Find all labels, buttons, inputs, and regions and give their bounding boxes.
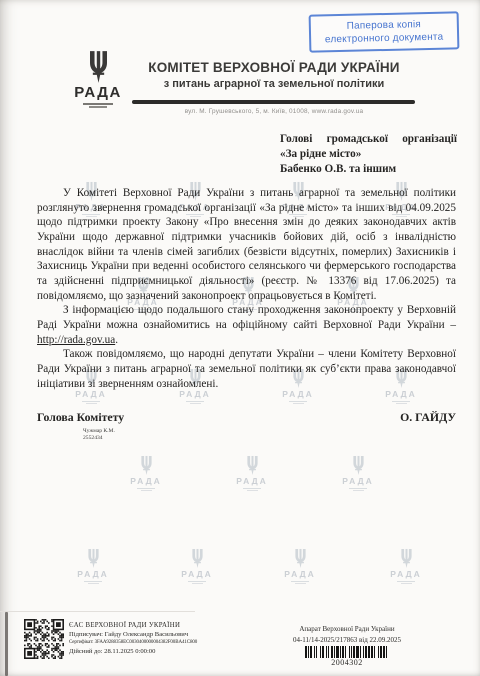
watermark-subline — [392, 401, 410, 402]
watermark-subline — [137, 488, 155, 489]
watermark-subline — [190, 403, 201, 404]
signer-name: О. ГАЙДУ — [400, 410, 456, 425]
recipient-line3: Бабенко О.В. та іншим — [280, 162, 457, 177]
committee-title: КОМІТЕТ ВЕРХОВНОЇ РАДИ УКРАЇНИ — [138, 59, 410, 76]
rada-logo: РАДА — [70, 50, 126, 108]
certificate-line: Сертифікат: 3FAA9288358EC003040000000438… — [69, 639, 249, 647]
watermark-subline — [401, 583, 412, 584]
paragraph-2: З інформацією щодо подальшого стану прох… — [37, 303, 456, 347]
executor-name: Чужмар К.М. — [83, 428, 115, 435]
rada-watermark: РАДА — [323, 455, 393, 491]
signer-line: Підписувач: Гайду Олександр Васильович — [69, 630, 249, 639]
paragraph-3: Також повідомляємо, що народні депутати … — [37, 347, 456, 391]
valid-until-line: Дійсний до: 28.11.2025 0:00:00 — [69, 647, 249, 656]
registration-number: 04-11/14-2025/217863 від 22.09.2025 — [252, 635, 442, 645]
rada-watermark: РАДА — [58, 548, 128, 584]
logo-subtext-line — [89, 106, 107, 108]
watermark-subline — [186, 401, 204, 402]
watermark-subline — [397, 581, 415, 582]
watermark-subline — [293, 403, 304, 404]
rada-website-link: http://rada.gov.ua — [37, 334, 115, 346]
paragraph-2-text: З інформацією щодо подальшого стану прох… — [37, 304, 456, 331]
executor-block: Чужмар К.М. 2552434 — [83, 428, 115, 442]
executor-phone: 2552434 — [83, 435, 115, 442]
trident-watermark-icon — [293, 548, 308, 569]
trident-watermark-icon — [399, 548, 414, 569]
watermark-label: РАДА — [58, 570, 128, 579]
paragraph-1: У Комітеті Верховної Ради України з пита… — [37, 186, 456, 303]
trident-watermark-icon — [351, 455, 366, 476]
paper-copy-stamp: Паперова копія електронного документа — [309, 11, 460, 52]
watermark-subline — [289, 401, 307, 402]
rada-watermark: РАДА — [265, 548, 335, 584]
watermark-subline — [141, 490, 152, 491]
scanned-document-page: РАДАРАДАРАДАРАДАРАДАРАДАРАДАРАДАРАДАРАДА… — [0, 0, 480, 676]
watermark-label: РАДА — [162, 570, 232, 579]
recipient-line1: Голові громадської організації — [280, 132, 457, 147]
rada-watermark: РАДА — [371, 548, 441, 584]
watermark-subline — [247, 490, 258, 491]
watermark-subline — [84, 581, 102, 582]
paragraph-2-period: . — [115, 334, 118, 346]
watermark-subline — [192, 583, 203, 584]
trident-watermark-icon — [86, 548, 101, 569]
watermark-label: РАДА — [263, 390, 333, 399]
header-divider — [132, 100, 415, 104]
signer-title: Голова Комітету — [37, 410, 124, 425]
watermark-subline — [188, 581, 206, 582]
watermark-subline — [396, 403, 407, 404]
office-name: Апарат Верховної Ради України — [252, 625, 442, 635]
watermark-label: РАДА — [371, 570, 441, 579]
registration-block: Апарат Верховної Ради України 04-11/14-2… — [252, 625, 442, 668]
scan-crease-line — [0, 611, 195, 612]
trident-icon — [86, 50, 111, 84]
watermark-label: РАДА — [111, 477, 181, 486]
watermark-label: РАДА — [160, 390, 230, 399]
letter-body: У Комітеті Верховної Ради України з пита… — [37, 186, 456, 391]
qr-code-icon — [24, 619, 64, 659]
letterhead: КОМІТЕТ ВЕРХОВНОЇ РАДИ УКРАЇНИ з питань … — [138, 59, 410, 91]
trident-watermark-icon — [190, 548, 205, 569]
recipient-line2: «За рідне місто» — [280, 147, 457, 162]
signature-certificate-block: ЄАС ВЕРХОВНОЇ РАДИ УКРАЇНИ Підписувач: Г… — [69, 621, 249, 656]
trident-watermark-icon — [139, 455, 154, 476]
committee-address: вул. М. Грушевського, 5, м. Київ, 01008,… — [134, 108, 414, 115]
watermark-subline — [82, 401, 100, 402]
signature-row: Голова Комітету О. ГАЙДУ — [37, 410, 456, 425]
rada-watermark: РАДА — [217, 455, 287, 491]
watermark-label: РАДА — [366, 390, 436, 399]
watermark-subline — [353, 490, 364, 491]
committee-subtitle: з питань аграрної та земельної політики — [138, 77, 410, 91]
watermark-subline — [291, 581, 309, 582]
watermark-subline — [243, 488, 261, 489]
watermark-label: РАДА — [323, 477, 393, 486]
watermark-subline — [349, 488, 367, 489]
rada-watermark: РАДА — [111, 455, 181, 491]
watermark-subline — [295, 583, 306, 584]
rada-watermark: РАДА — [162, 548, 232, 584]
watermark-label: РАДА — [217, 477, 287, 486]
eas-title: ЄАС ВЕРХОВНОЇ РАДИ УКРАЇНИ — [69, 621, 249, 630]
stamp-line2: електронного документа — [325, 31, 444, 47]
watermark-subline — [86, 403, 97, 404]
watermark-subline — [88, 583, 99, 584]
logo-subtext-line — [83, 103, 113, 105]
scan-edge-artifact — [5, 612, 8, 676]
recipient-block: Голові громадської організації «За рідне… — [280, 132, 457, 177]
barcode-icon — [252, 646, 442, 658]
barcode-number: 2004302 — [252, 658, 442, 668]
trident-watermark-icon — [245, 455, 260, 476]
watermark-label: РАДА — [265, 570, 335, 579]
watermark-label: РАДА — [56, 390, 126, 399]
logo-text: РАДА — [70, 85, 126, 101]
